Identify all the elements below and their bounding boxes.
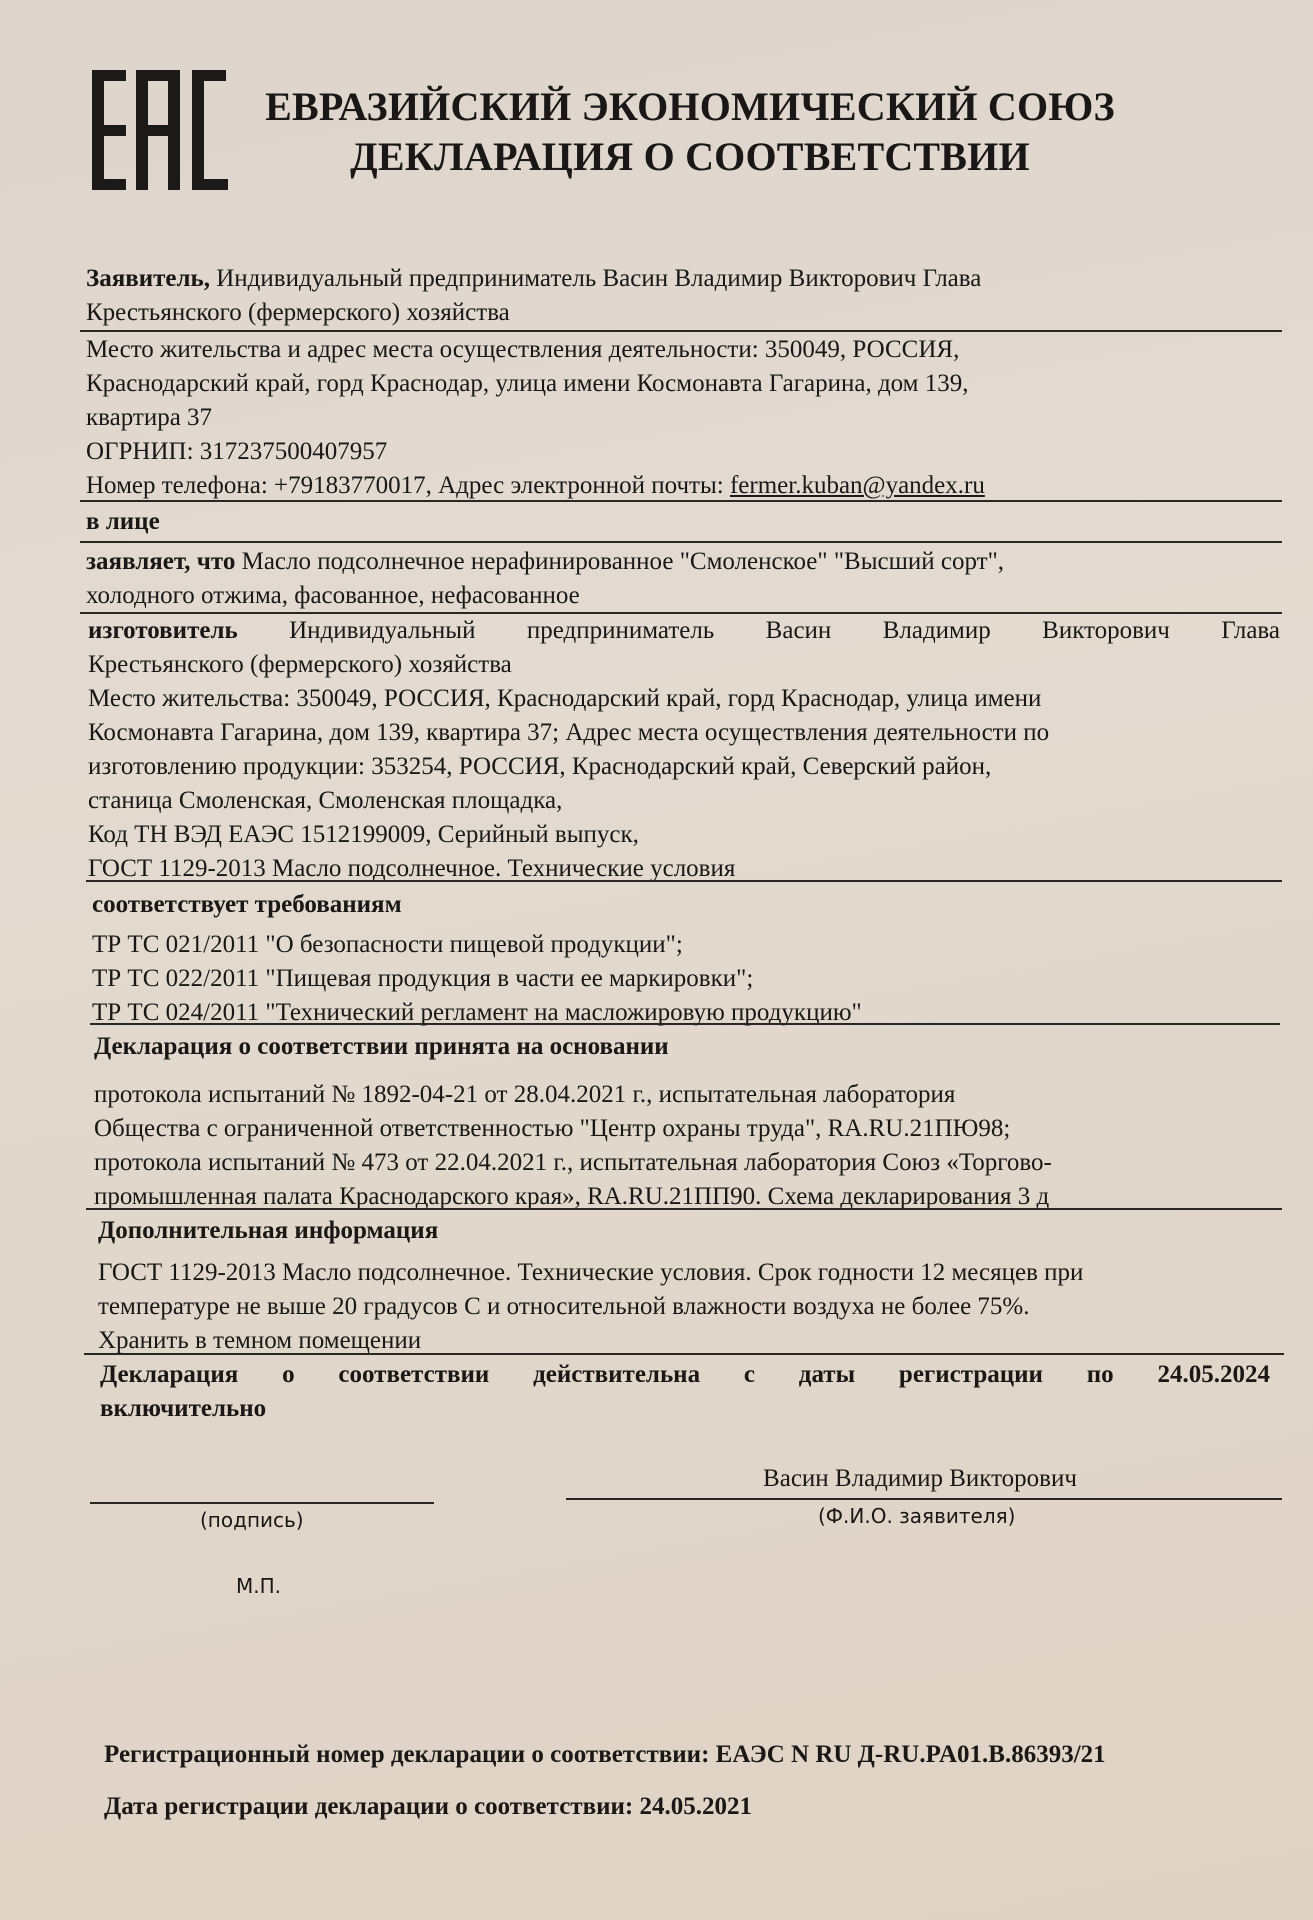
manufacturer-label: изготовитель: [88, 617, 238, 644]
contact-info: Номер телефона: +79183770017, Адрес элек…: [86, 472, 730, 499]
declares-label: заявляет, что: [86, 548, 235, 575]
manufacturer-line: изготовлению продукции: 353254, РОССИЯ, …: [88, 750, 1280, 784]
divider: [80, 500, 1282, 502]
eac-logo: [92, 70, 228, 190]
basis-line: протокола испытаний № 473 от 22.04.2021 …: [94, 1146, 1290, 1180]
represented-by-label: в лице: [86, 505, 1282, 539]
divider: [84, 1353, 1284, 1355]
product-line1: Масло подсолнечное нерафинированное "Смо…: [235, 548, 1004, 575]
validity-line2: включительно: [100, 1392, 1270, 1426]
manufacturer-line: Код ТН ВЭД ЕАЭС 1512199009, Серийный вып…: [88, 818, 1280, 852]
address-line: Краснодарский край, горд Краснодар, улиц…: [86, 367, 1282, 401]
basis-section: Декларация о соответствии принята на осн…: [94, 1030, 1290, 1214]
additional-section: Дополнительная информация ГОСТ 1129-2013…: [98, 1214, 1284, 1358]
divider: [86, 1208, 1282, 1210]
applicant-address: Место жительства и адрес места осуществл…: [86, 333, 1282, 503]
divider: [80, 541, 1282, 543]
additional-line: ГОСТ 1129-2013 Масло подсолнечное. Техни…: [98, 1256, 1284, 1290]
email-link[interactable]: fermer.kuban@yandex.ru: [730, 472, 985, 499]
additional-line: температуре не выше 20 градусов С и отно…: [98, 1290, 1284, 1324]
applicant-label: Заявитель,: [86, 265, 210, 292]
manufacturer-section: изготовитель Индивидуальный предпринимат…: [88, 614, 1280, 886]
additional-label: Дополнительная информация: [98, 1214, 1284, 1248]
manufacturer-line1: Индивидуальный предприниматель Васин Вла…: [289, 617, 1280, 644]
manufacturer-line: Космонавта Гагарина, дом 139, квартира 3…: [88, 716, 1280, 750]
registration-date: Дата регистрации декларации о соответств…: [104, 1790, 1304, 1824]
regulation-item: ТР ТС 022/2011 "Пищевая продукция в част…: [92, 962, 1288, 996]
manufacturer-line: Место жительства: 350049, РОССИЯ, Красно…: [88, 682, 1280, 716]
regulation-item: ТР ТС 021/2011 "О безопасности пищевой п…: [92, 928, 1288, 962]
seal-placeholder: М.П.: [236, 1574, 281, 1598]
header-union-title: ЕВРАЗИЙСКИЙ ЭКОНОМИЧЕСКИЙ СОЮЗ: [240, 82, 1140, 132]
applicant-section: Заявитель, Индивидуальный предпринимател…: [86, 262, 1282, 330]
applicant-name-line1: Индивидуальный предприниматель Васин Вла…: [210, 265, 981, 292]
document-header: ЕВРАЗИЙСКИЙ ЭКОНОМИЧЕСКИЙ СОЮЗ ДЕКЛАРАЦИ…: [240, 82, 1140, 182]
complies-section: соответствует требованиям ТР ТС 021/2011…: [92, 888, 1288, 1030]
manufacturer-line: Крестьянского (фермерского) хозяйства: [88, 648, 1280, 682]
header-declaration-title: ДЕКЛАРАЦИЯ О СООТВЕТСТВИИ: [240, 132, 1140, 182]
registration-number: Регистрационный номер декларации о соотв…: [104, 1738, 1304, 1772]
signature-caption: (подпись): [200, 1508, 304, 1532]
product-line2: холодного отжима, фасованное, нефасованн…: [86, 579, 1282, 613]
address-line: Место жительства и адрес места осуществл…: [86, 333, 1282, 367]
name-line: [566, 1498, 1282, 1500]
validity-line1: Декларация о соответствии действительна …: [100, 1358, 1270, 1392]
divider: [90, 1023, 1280, 1025]
address-line: квартира 37: [86, 401, 1282, 435]
applicant-name-line2: Крестьянского (фермерского) хозяйства: [86, 296, 1282, 330]
applicant-printed-name: Васин Владимир Викторович: [560, 1462, 1280, 1496]
name-caption: (Ф.И.О. заявителя): [818, 1504, 1015, 1528]
declares-section: заявляет, что Масло подсолнечное нерафин…: [86, 545, 1282, 613]
signature-line: [90, 1502, 434, 1504]
basis-label: Декларация о соответствии принята на осн…: [94, 1030, 1290, 1064]
manufacturer-line: станица Смоленская, Смоленская площадка,: [88, 784, 1280, 818]
eac-mark-icon: [92, 70, 228, 190]
basis-line: Общества с ограниченной ответственностью…: [94, 1112, 1290, 1146]
ogrnip: ОГРНИП: 317237500407957: [86, 435, 1282, 469]
complies-label: соответствует требованиям: [92, 888, 1288, 922]
validity-section: Декларация о соответствии действительна …: [100, 1358, 1270, 1426]
basis-line: протокола испытаний № 1892-04-21 от 28.0…: [94, 1078, 1290, 1112]
divider: [80, 330, 1282, 332]
divider: [86, 880, 1282, 882]
